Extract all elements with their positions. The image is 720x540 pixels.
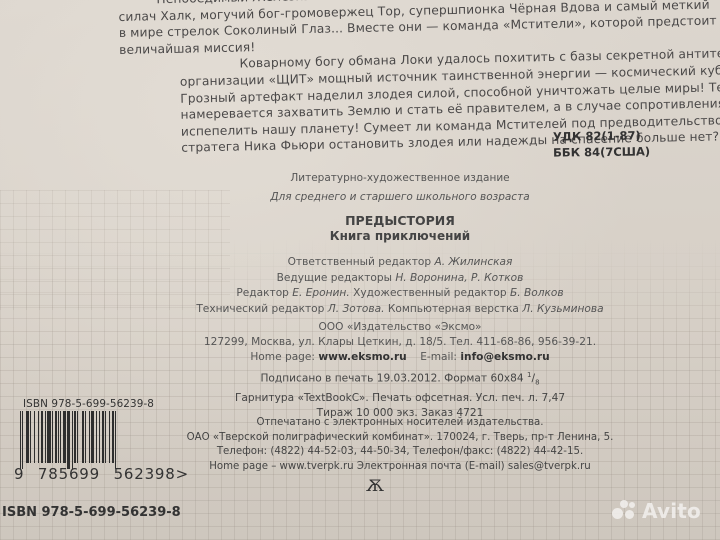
barcode-digit-first: 9 bbox=[14, 465, 24, 483]
format-fraction-den: 8 bbox=[535, 379, 539, 387]
email-label: E-mail: bbox=[420, 351, 457, 363]
credit-role: Редактор bbox=[236, 287, 289, 299]
barcode-end-mark: > bbox=[176, 465, 189, 483]
credit-name: А. Жилинская bbox=[434, 256, 512, 268]
isbn-bold: ISBN 978-5-699-56239-8 bbox=[2, 505, 181, 520]
publisher-info: ООО «Издательство «Эксмо» 127299, Москва… bbox=[180, 320, 620, 366]
printer-line: Home page – www.tverpk.ru Электронная по… bbox=[180, 460, 620, 475]
barcode-digits-left: 785699 bbox=[38, 465, 100, 483]
book-title: ПРЕДЫСТОРИЯ bbox=[180, 213, 620, 228]
isbn-label: ISBN 978-5-699-56239-8 bbox=[23, 398, 164, 410]
credit-line: Технический редактор Л. Зотова. Компьюте… bbox=[180, 302, 620, 318]
avito-logo-icon bbox=[612, 500, 638, 522]
printer-line: Телефон: (4822) 44-52-03, 44-50-34, Теле… bbox=[180, 445, 620, 460]
credit-line: Ведущие редакторы Н. Воронина, Р. Котков bbox=[180, 271, 620, 287]
signed-text: Подписано в печать 19.03.2012. Формат 60… bbox=[260, 373, 523, 385]
barcode-bars bbox=[20, 411, 164, 463]
credit-name: Н. Воронина, Р. Котков bbox=[395, 272, 523, 284]
credit-role: Художественный редактор bbox=[353, 287, 506, 299]
credit-name: Б. Волков bbox=[510, 287, 564, 299]
publisher-address: 127299, Москва, ул. Клары Цеткин, д. 18/… bbox=[180, 335, 620, 350]
printer-info: Отпечатано с электронных носителей издат… bbox=[180, 416, 620, 474]
avito-brand-name: Avito bbox=[642, 499, 701, 523]
credit-role: Ответственный редактор bbox=[288, 256, 432, 268]
bbk-code: ББК 84(7США) bbox=[553, 143, 650, 160]
barcode-digits-right: 562398 bbox=[114, 465, 176, 483]
credit-role: Технический редактор bbox=[196, 303, 324, 315]
classification-codes: УДК 82(1-87) ББК 84(7США) bbox=[553, 127, 650, 160]
credit-name: Л. Кузьминова bbox=[522, 303, 603, 315]
format-fraction-num: 1 bbox=[527, 371, 531, 379]
typeface-info: Гарнитура «TextBookC». Печать офсетная. … bbox=[180, 391, 620, 406]
book-imprint-page: Непобедимый Железный Человек, легендарны… bbox=[0, 0, 720, 540]
home-page-url: www.eksmo.ru bbox=[318, 351, 406, 363]
home-page-label: Home page: bbox=[250, 351, 315, 363]
credit-line: Ответственный редактор А. Жилинская bbox=[180, 255, 620, 271]
barcode-digits: 9 785699 562398> bbox=[14, 465, 189, 483]
credit-name: Л. Зотова. bbox=[328, 303, 385, 315]
email-address: info@eksmo.ru bbox=[460, 351, 549, 363]
printer-line: ОАО «Тверской полиграфический комбинат».… bbox=[180, 431, 620, 446]
printer-line: Отпечатано с электронных носителей издат… bbox=[180, 416, 620, 431]
edition-type: Литературно-художественное издание bbox=[180, 172, 620, 184]
avito-watermark: Avito bbox=[612, 499, 701, 523]
isbn-barcode: ISBN 978-5-699-56239-8 9 785699 562398> bbox=[14, 398, 164, 463]
printer-logo-icon: Ѫ bbox=[366, 476, 384, 495]
publisher-contacts: Home page: www.eksmo.ru E-mail: info@eks… bbox=[180, 350, 620, 365]
credit-name: Е. Еронин. bbox=[292, 287, 349, 299]
book-subtitle: Книга приключений bbox=[180, 229, 620, 243]
publisher-name: ООО «Издательство «Эксмо» bbox=[180, 320, 620, 335]
credit-role: Ведущие редакторы bbox=[277, 272, 392, 284]
credit-line: Редактор Е. Еронин. Художественный редак… bbox=[180, 286, 620, 302]
signed-to-print: Подписано в печать 19.03.2012. Формат 60… bbox=[180, 368, 620, 391]
credit-role: Компьютерная верстка bbox=[388, 303, 519, 315]
print-details: Подписано в печать 19.03.2012. Формат 60… bbox=[180, 368, 620, 421]
udk-code: УДК 82(1-87) bbox=[553, 127, 650, 144]
audience-note: Для среднего и старшего школьного возрас… bbox=[180, 191, 620, 203]
barcode-block: 9 785699 562398> bbox=[14, 411, 164, 463]
editorial-credits: Ответственный редактор А. Жилинская Веду… bbox=[180, 255, 620, 317]
